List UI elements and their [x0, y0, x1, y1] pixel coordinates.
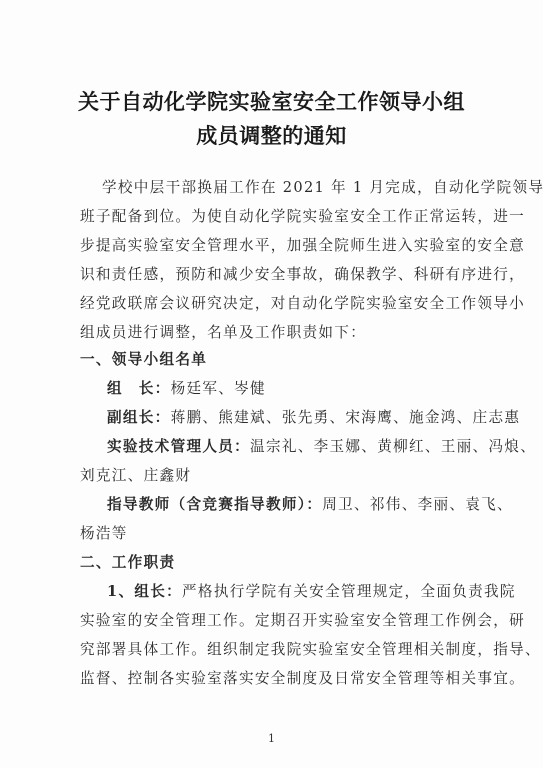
- leader-label: 组 长：: [107, 380, 171, 397]
- advisor-names: 周卫、祁伟、李丽、袁飞、: [322, 496, 513, 513]
- duty-item-1-line-4: 监督、控制各实验室落实安全制度及日常安全管理等相关事宜。: [80, 669, 525, 689]
- deputy-names: 蒋鹏、熊建斌、张先勇、宋海鹰、施金鸿、庄志惠: [171, 409, 521, 426]
- advisor-label: 指导教师（含竞赛指导教师）：: [107, 496, 322, 513]
- intro-line-5: 经党政联席会议研究决定，对自动化学院实验室安全工作领导小: [80, 294, 525, 314]
- section-1-heading: 一、领导小组名单: [80, 350, 207, 370]
- document-title-line-1: 关于自动化学院实验室安全工作领导小组: [0, 86, 543, 116]
- intro-line-1: 学校中层干部换届工作在 2021 年 1 月完成，自动化学院领导: [102, 178, 543, 198]
- duty-item-1-line-2: 实验室的安全管理工作。定期召开实验室安全管理工作例会，研: [80, 611, 525, 631]
- intro-line-6: 组成员进行调整，名单及工作职责如下：: [80, 323, 366, 343]
- document-page: 关于自动化学院实验室安全工作领导小组 成员调整的通知 学校中层干部换届工作在 2…: [0, 0, 543, 768]
- intro-line-4: 识和责任感，预防和减少安全事故，确保教学、科研有序进行，: [80, 265, 525, 285]
- leader-row: 组 长：杨廷军、岑健: [107, 379, 266, 399]
- page-number: 1: [268, 732, 275, 745]
- deputy-row: 副组长：蒋鹏、熊建斌、张先勇、宋海鹰、施金鸿、庄志惠: [107, 408, 520, 428]
- tech-names-cont: 刘克江、庄鑫财: [80, 466, 191, 486]
- duty-item-1-line-3: 究部署具体工作。组织制定我院实验室安全管理相关制度，指导、: [80, 640, 541, 660]
- advisor-names-cont: 杨浩等: [80, 524, 128, 544]
- duty-item-1-row: 1、组长：严格执行学院有关安全管理规定，全面负责我院: [107, 582, 516, 602]
- intro-line-2: 班子配备到位。为使自动化学院实验室安全工作正常运转，进一: [80, 207, 525, 227]
- intro-line-3: 步提高实验室安全管理水平，加强全院师生进入实验室的安全意: [80, 236, 525, 256]
- deputy-label: 副组长：: [107, 409, 171, 426]
- advisor-row: 指导教师（含竞赛指导教师）：周卫、祁伟、李丽、袁飞、: [107, 495, 513, 515]
- tech-label: 实验技术管理人员：: [107, 438, 250, 455]
- tech-names: 温宗礼、李玉娜、黄柳红、王丽、冯烺、: [250, 438, 536, 455]
- document-title-line-2: 成员调整的通知: [0, 120, 543, 150]
- tech-row: 实验技术管理人员：温宗礼、李玉娜、黄柳红、王丽、冯烺、: [107, 437, 536, 457]
- duty-item-1-text: 严格执行学院有关安全管理规定，全面负责我院: [182, 583, 516, 600]
- leader-names: 杨廷军、岑健: [171, 380, 266, 397]
- section-2-heading: 二、工作职责: [80, 553, 175, 573]
- duty-item-1-label: 1、组长：: [107, 583, 182, 600]
